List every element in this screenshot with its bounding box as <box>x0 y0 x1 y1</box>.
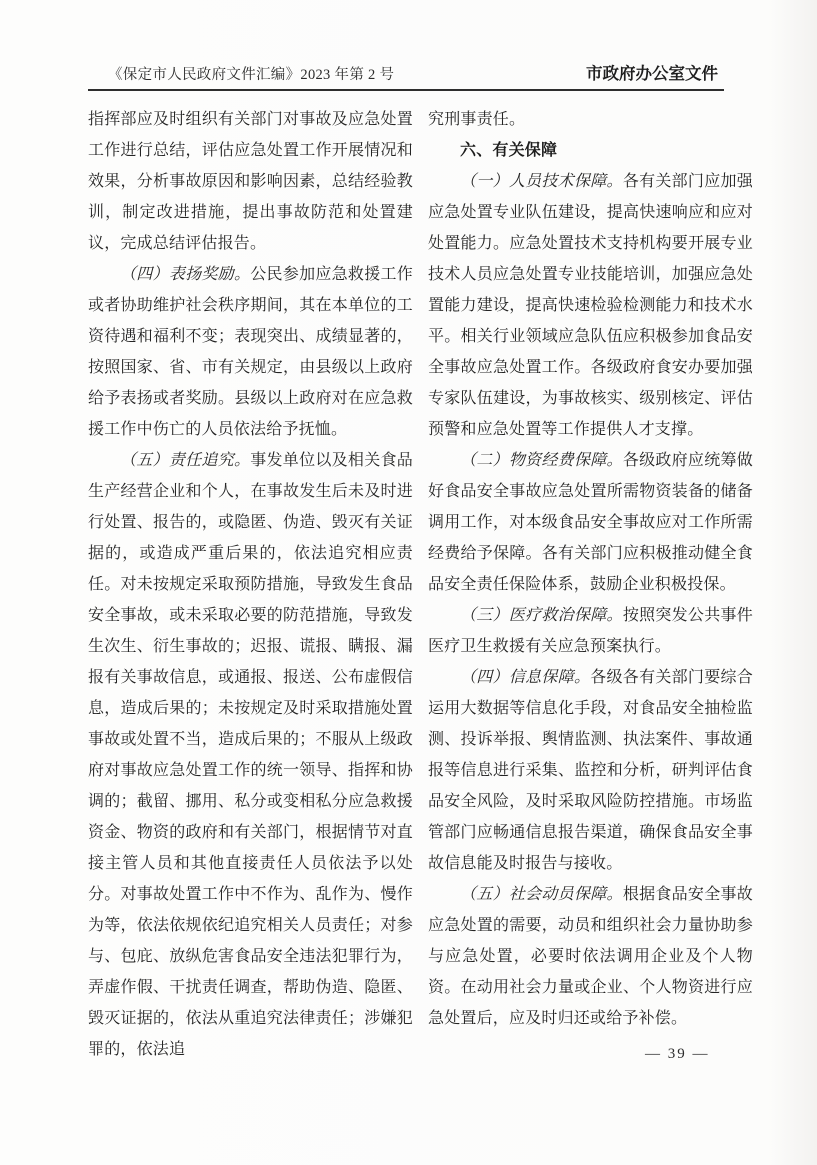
header-divider <box>88 89 724 91</box>
section-heading: 六、有关保障 <box>428 135 753 166</box>
page-header: 《保定市人民政府文件汇编》2023 年第 2 号 市政府办公室文件 <box>88 60 718 84</box>
document-page: 《保定市人民政府文件汇编》2023 年第 2 号 市政府办公室文件 指挥部应及时… <box>0 0 817 1165</box>
paragraph-item-3: （三）医疗救治保障。按照突发公共事件医疗卫生救援有关应急预案执行。 <box>428 600 753 662</box>
item-label: （三）医疗救治保障。 <box>460 607 623 624</box>
publication-title: 《保定市人民政府文件汇编》2023 年第 2 号 <box>88 63 394 84</box>
right-column: 究刑事责任。 六、有关保障 （一）人员技术保障。各有关部门应加强应急处置专业队伍… <box>428 104 753 1065</box>
paragraph-text: 指挥部应及时组织有关部门对事故及应急处置工作进行总结，评估应急处置工作开展情况和… <box>88 111 413 252</box>
paragraph-item-4: （四）表扬奖励。公民参加应急救援工作或者协助维护社会秩序期间，其在本单位的工资待… <box>88 259 413 445</box>
paragraph-text: 各级政府应统筹做好食品安全事故应急处置所需物资装备的储备调用工作，对本级食品安全… <box>428 452 753 593</box>
document-category: 市政府办公室文件 <box>586 60 718 84</box>
paragraph-item-5: （五）责任追究。事发单位以及相关食品生产经营企业和个人，在事故发生后未及时进行处… <box>88 445 413 1065</box>
paragraph-item-1: （一）人员技术保障。各有关部门应加强应急处置专业队伍建设，提高快速响应和应对处置… <box>428 166 753 445</box>
paragraph-text: 事发单位以及相关食品生产经营企业和个人，在事故发生后未及时进行处置、报告的，或隐… <box>88 452 413 1058</box>
paragraph-text: 究刑事责任。 <box>428 111 525 128</box>
paragraph-text: 各有关部门应加强应急处置专业队伍建设，提高快速响应和应对处置能力。应急处置技术支… <box>428 173 753 438</box>
item-label: （二）物资经费保障。 <box>460 452 623 469</box>
paragraph-continuation: 究刑事责任。 <box>428 104 753 135</box>
section-heading-text: 六、有关保障 <box>460 142 557 159</box>
paragraph-item-5: （五）社会动员保障。根据食品安全事故应急处置的需要，动员和组织社会力量协助参与应… <box>428 879 753 1034</box>
left-column: 指挥部应及时组织有关部门对事故及应急处置工作进行总结，评估应急处置工作开展情况和… <box>88 104 413 1065</box>
paragraph-item-4: （四）信息保障。各级各有关部门要综合运用大数据等信息化手段，对食品安全抽检监测、… <box>428 662 753 879</box>
item-label: （五）责任追究。 <box>120 452 250 469</box>
paragraph-text: 各级各有关部门要综合运用大数据等信息化手段，对食品安全抽检监测、投诉举报、舆情监… <box>428 669 753 872</box>
paragraph-item-2: （二）物资经费保障。各级政府应统筹做好食品安全事故应急处置所需物资装备的储备调用… <box>428 445 753 600</box>
item-label: （四）信息保障。 <box>460 669 590 686</box>
paragraph-text: 公民参加应急救援工作或者协助维护社会秩序期间，其在本单位的工资待遇和福利不变；表… <box>88 266 413 438</box>
page-number: — 39 — <box>645 1046 710 1063</box>
paragraph-continuation: 指挥部应及时组织有关部门对事故及应急处置工作进行总结，评估应急处置工作开展情况和… <box>88 104 413 259</box>
item-label: （四）表扬奖励。 <box>120 266 250 283</box>
item-label: （一）人员技术保障。 <box>460 173 623 190</box>
document-body: 指挥部应及时组织有关部门对事故及应急处置工作进行总结，评估应急处置工作开展情况和… <box>88 104 753 1065</box>
paragraph-text: 根据食品安全事故应急处置的需要，动员和组织社会力量协助参与应急处置，必要时依法调… <box>428 886 753 1027</box>
item-label: （五）社会动员保障。 <box>460 886 623 903</box>
